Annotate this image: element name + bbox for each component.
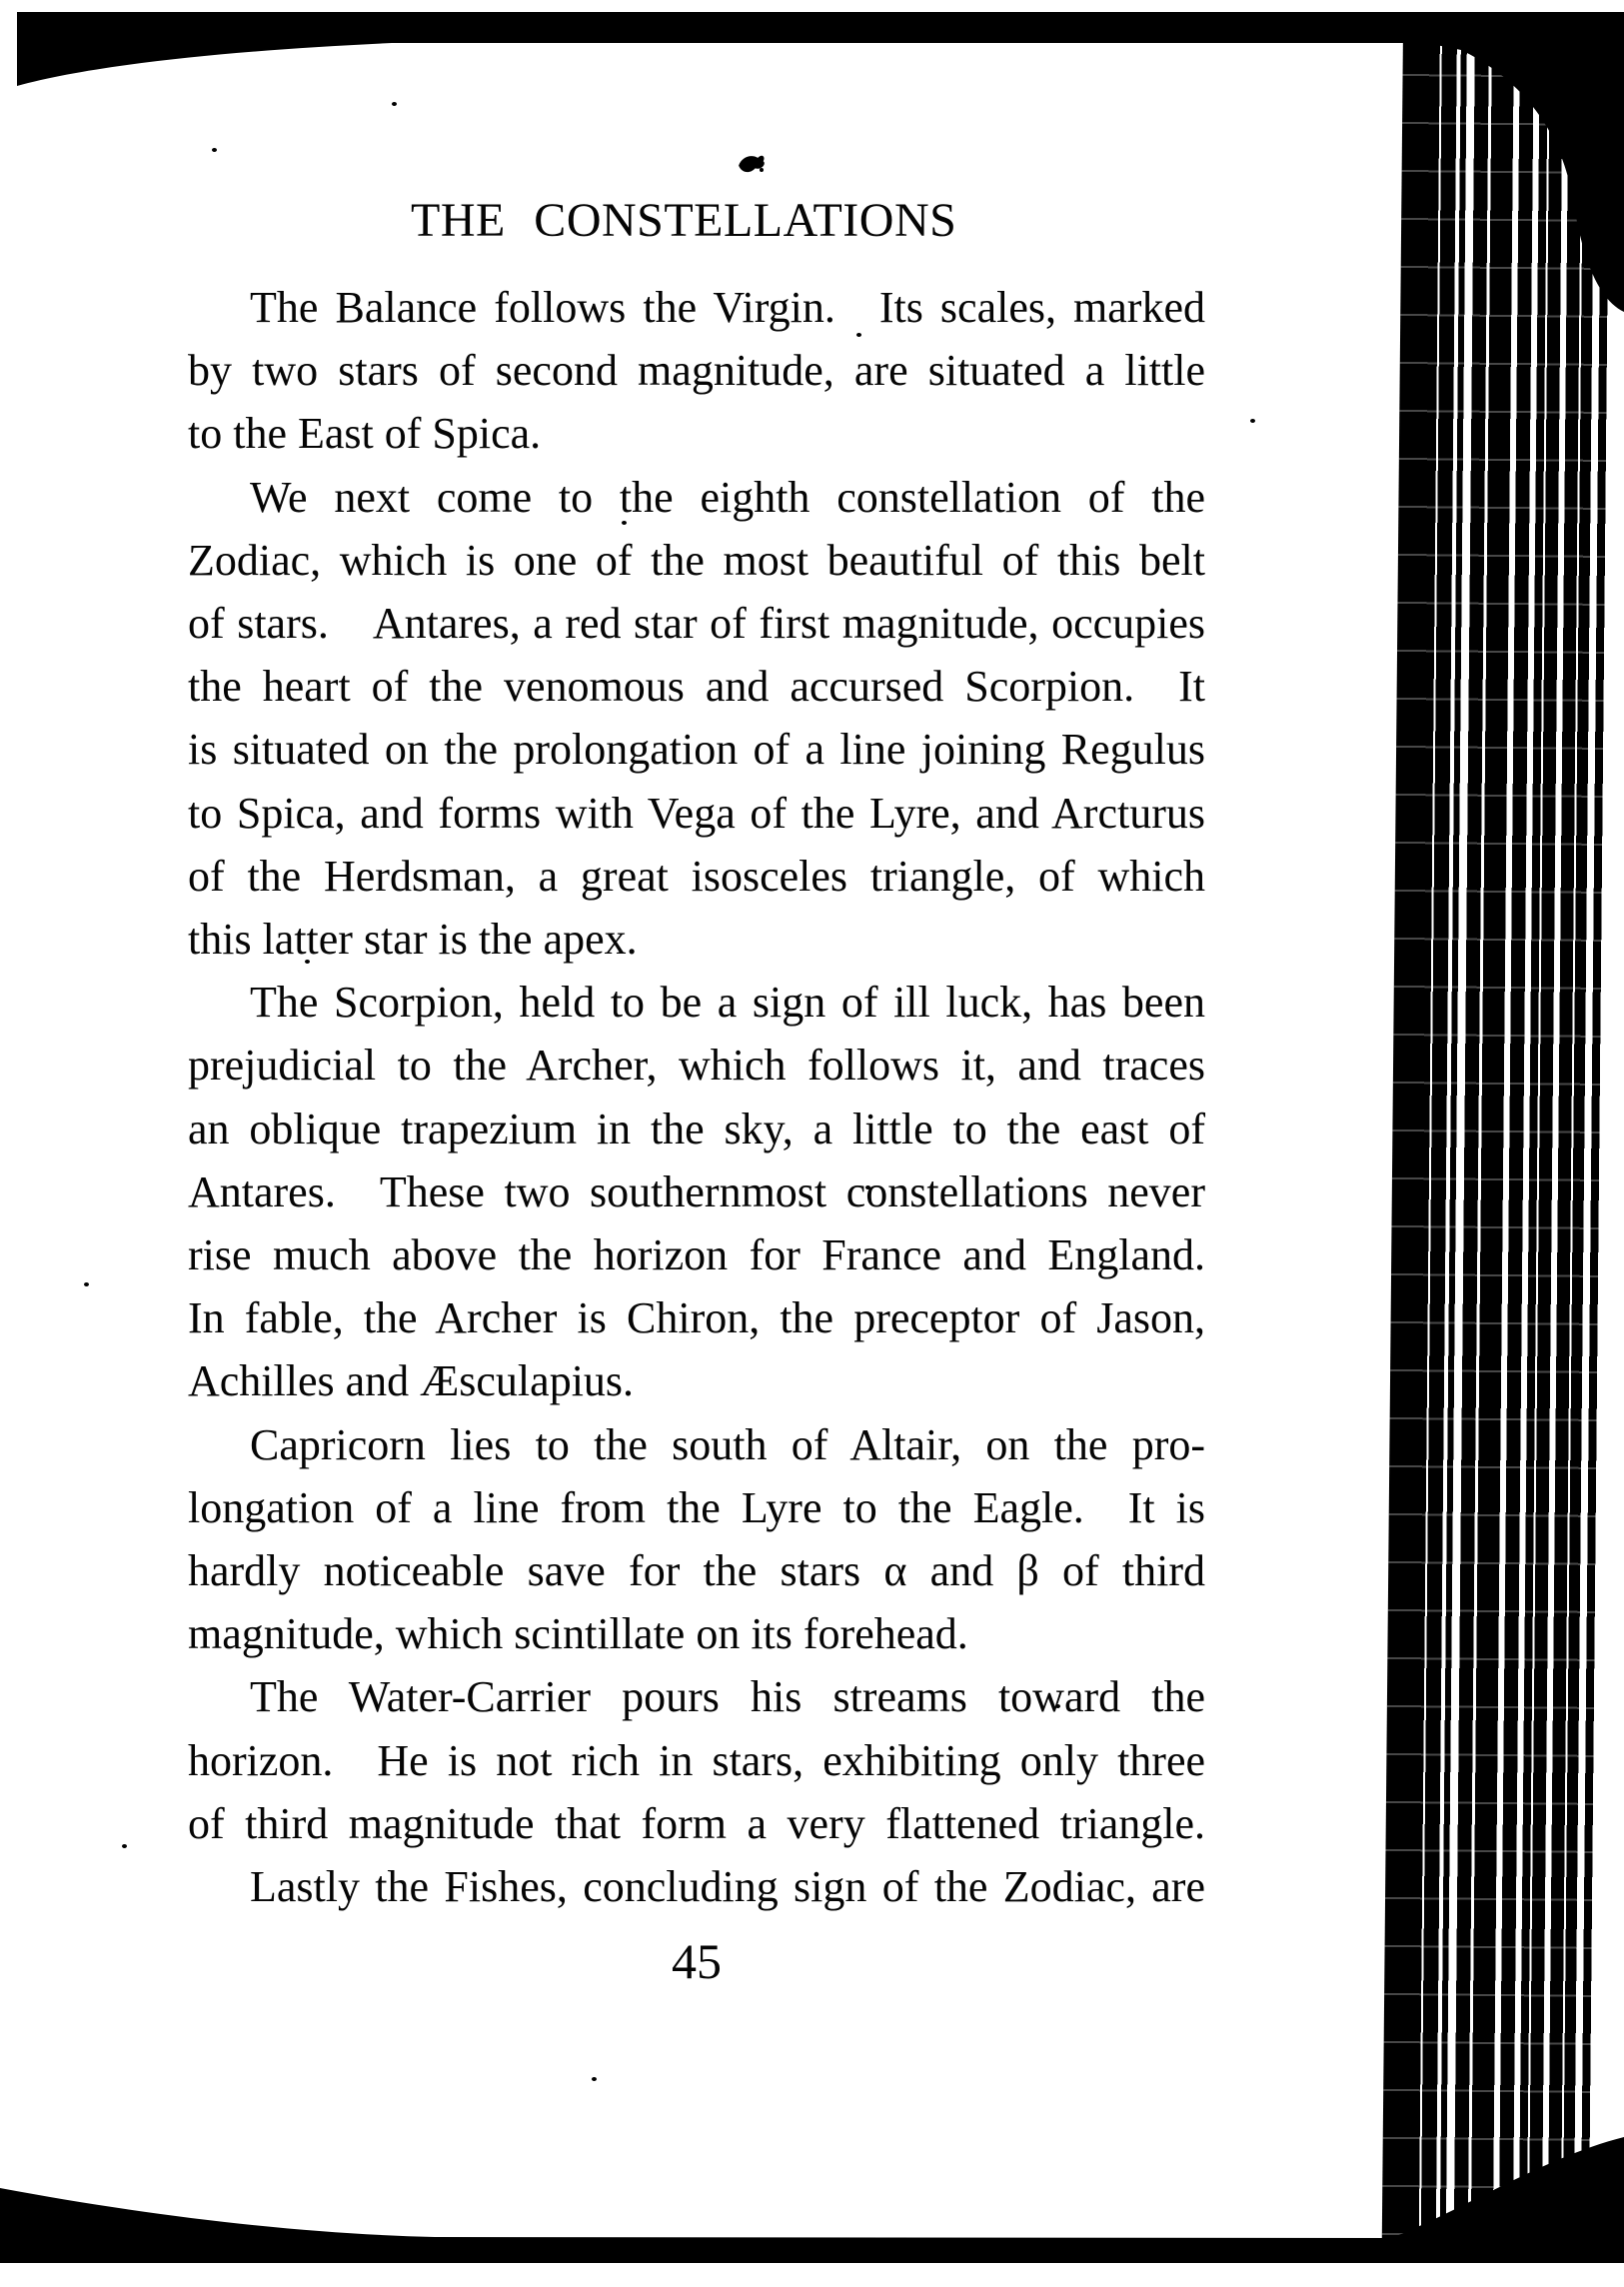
text-line: Antares. These two southernmost constell… [188, 1160, 1205, 1223]
text-line: magnitude, which scintillate on its fore… [188, 1602, 1205, 1665]
text-line: Achilles and Æsculapius. [188, 1349, 1205, 1412]
text-line: prejudicial to the Archer, which follows… [188, 1034, 1205, 1097]
text-line: The Water-Carrier pours his streams towa… [188, 1665, 1205, 1728]
noise-speck [84, 1282, 89, 1286]
text-line: In fable, the Archer is Chiron, the prec… [188, 1286, 1205, 1349]
ornament-mark [733, 150, 769, 189]
noise-speck [392, 102, 397, 106]
noise-speck [212, 148, 217, 152]
text-line: Zodiac, which is one of the most beautif… [188, 529, 1205, 592]
text-line: Capricorn lies to the south of Altair, o… [188, 1413, 1205, 1476]
text-line: horizon. He is not rich in stars, exhibi… [188, 1729, 1205, 1792]
book-page-scan: THE CONSTELLATIONS The Balance follows t… [0, 0, 1624, 2287]
text-block: The Balance follows the Virgin. Its scal… [188, 276, 1205, 1918]
text-line: Lastly the Fishes, concluding sign of th… [188, 1855, 1205, 1918]
noise-speck [592, 2077, 597, 2081]
noise-speck [122, 1844, 127, 1848]
text-line: this latter star is the apex. [188, 908, 1205, 971]
text-line: is situated on the prolongation of a lin… [188, 718, 1205, 781]
text-line: The Scorpion, held to be a sign of ill l… [188, 971, 1205, 1034]
text-line: by two stars of second magnitude, are si… [188, 339, 1205, 402]
text-line: The Balance follows the Virgin. Its scal… [188, 276, 1205, 339]
top-border-bar [17, 12, 1624, 86]
text-line: of third magnitude that form a very flat… [188, 1792, 1205, 1855]
page-heading: THE CONSTELLATIONS [411, 193, 956, 248]
noise-speck [1250, 419, 1255, 423]
text-line: of the Herdsman, a great isosceles trian… [188, 845, 1205, 908]
text-line: of stars. Antares, a red star of first m… [188, 592, 1205, 655]
text-line: rise much above the horizon for France a… [188, 1223, 1205, 1286]
text-line: an oblique trapezium in the sky, a littl… [188, 1098, 1205, 1160]
page-number: 45 [188, 1932, 1225, 1990]
book-page-edges [1382, 28, 1617, 2241]
text-line: longation of a line from the Lyre to the… [188, 1476, 1205, 1539]
text-line: to Spica, and forms with Vega of the Lyr… [188, 782, 1205, 845]
text-line: to the East of Spica. [188, 402, 1205, 465]
text-line: the heart of the venomous and accursed S… [188, 655, 1205, 718]
text-line: hardly noticeable save for the stars α a… [188, 1539, 1205, 1602]
text-line: We next come to the eighth constellation… [188, 466, 1205, 529]
bottom-border-bar [0, 2137, 1624, 2263]
